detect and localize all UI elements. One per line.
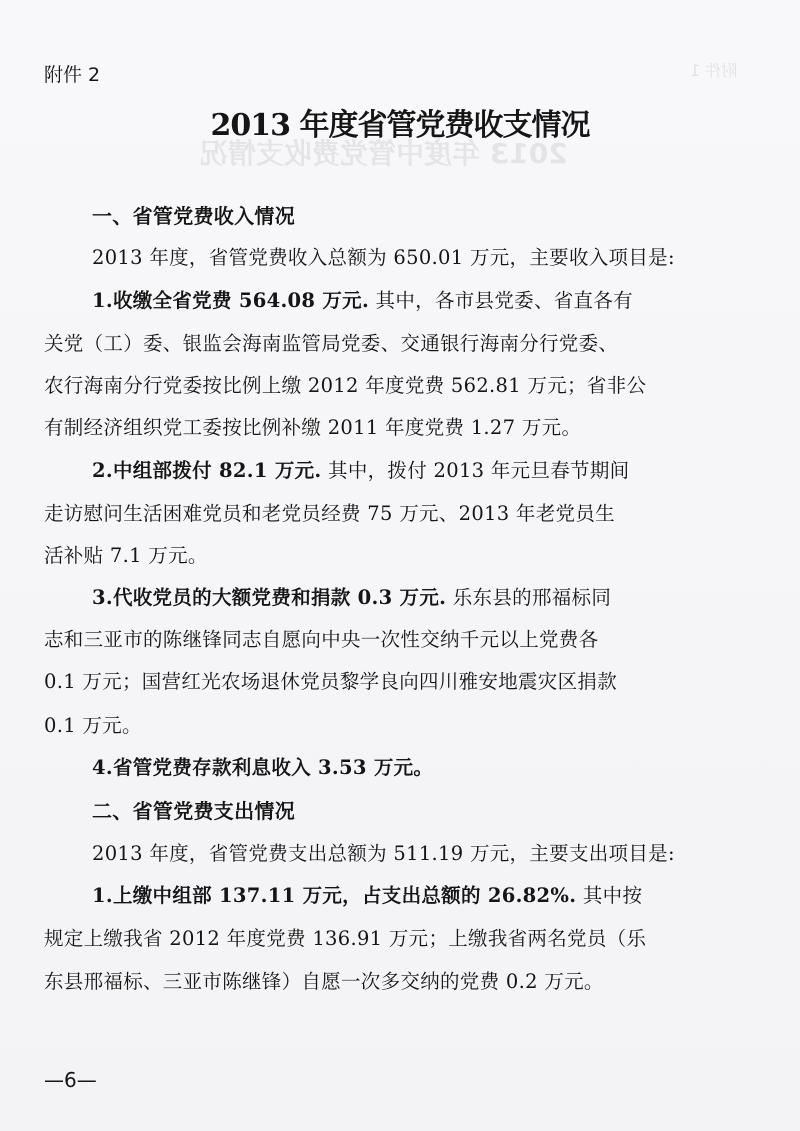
income-item-2: 2.中组部拨付 82.1 万元. 其中，拨付 2013 年元旦春节期间: [92, 455, 629, 483]
section2-heading: 二、省管党费支出情况: [92, 795, 295, 824]
income-item-2-bold: 2.中组部拨付 82.1 万元.: [92, 459, 322, 482]
income-item-1-bold: 1.收缴全省党费 564.08 万元.: [92, 289, 369, 312]
income-item-4-bold: 4.省管党费存款利息收入 3.53 万元。: [92, 756, 433, 779]
bleed-through-text: 附件 1: [690, 58, 737, 81]
document-page: 附件 1 2013 年度中管党费收支情况 附件 2 2013 年度省管党费收支情…: [0, 0, 800, 1131]
section2-intro: 2013 年度，省管党费支出总额为 511.19 万元，主要支出项目是:: [92, 838, 675, 866]
expense-item-1-bold: 1.上缴中组部 137.11 万元，占支出总额的 26.82%.: [92, 884, 576, 907]
paragraph-line: 规定上缴我省 2012 年度党费 136.91 万元；上缴我省两名党员（乐: [44, 923, 646, 951]
section1-heading: 一、省管党费收入情况: [92, 200, 295, 229]
paragraph-line: 走访慰问生活困难党员和老党员经费 75 万元、2013 年老党员生: [44, 498, 615, 526]
income-item-3-bold: 3.代收党员的大额党费和捐款 0.3 万元.: [92, 586, 446, 609]
income-item-1: 1.收缴全省党费 564.08 万元. 其中，各市县党委、省直各有: [92, 285, 633, 313]
paragraph-line: 关党（工）委、银监会海南监管局党委、交通银行海南分行党委、: [44, 328, 618, 356]
page-title: 2013 年度省管党费收支情况: [0, 100, 800, 144]
section1-intro: 2013 年度，省管党费收入总额为 650.01 万元，主要收入项目是:: [92, 242, 675, 270]
paragraph-line: 0.1 万元。: [44, 710, 142, 738]
paragraph-line: 0.1 万元；国营红光农场退休党员黎学良向四川雅安地震灾区捐款: [44, 666, 617, 694]
income-item-4: 4.省管党费存款利息收入 3.53 万元。: [92, 752, 433, 780]
page-number: —6—: [44, 1068, 97, 1092]
paragraph-line: 东县邢福标、三亚市陈继锋）自愿一次多交纳的党费 0.2 万元。: [44, 966, 604, 994]
attachment-label: 附件 2: [44, 60, 100, 87]
expense-item-1: 1.上缴中组部 137.11 万元，占支出总额的 26.82%. 其中按: [92, 880, 642, 908]
paragraph-line: 农行海南分行党委按比例上缴 2012 年度党费 562.81 万元；省非公: [44, 370, 646, 398]
paragraph-line: 志和三亚市的陈继锋同志自愿向中央一次性交纳千元以上党费各: [44, 624, 598, 652]
paragraph-line: 有制经济组织党工委按比例补缴 2011 年度党费 1.27 万元。: [44, 412, 581, 440]
paragraph-line: 活补贴 7.1 万元。: [44, 540, 208, 568]
income-item-3: 3.代收党员的大额党费和捐款 0.3 万元. 乐东县的邢福标同: [92, 582, 611, 610]
